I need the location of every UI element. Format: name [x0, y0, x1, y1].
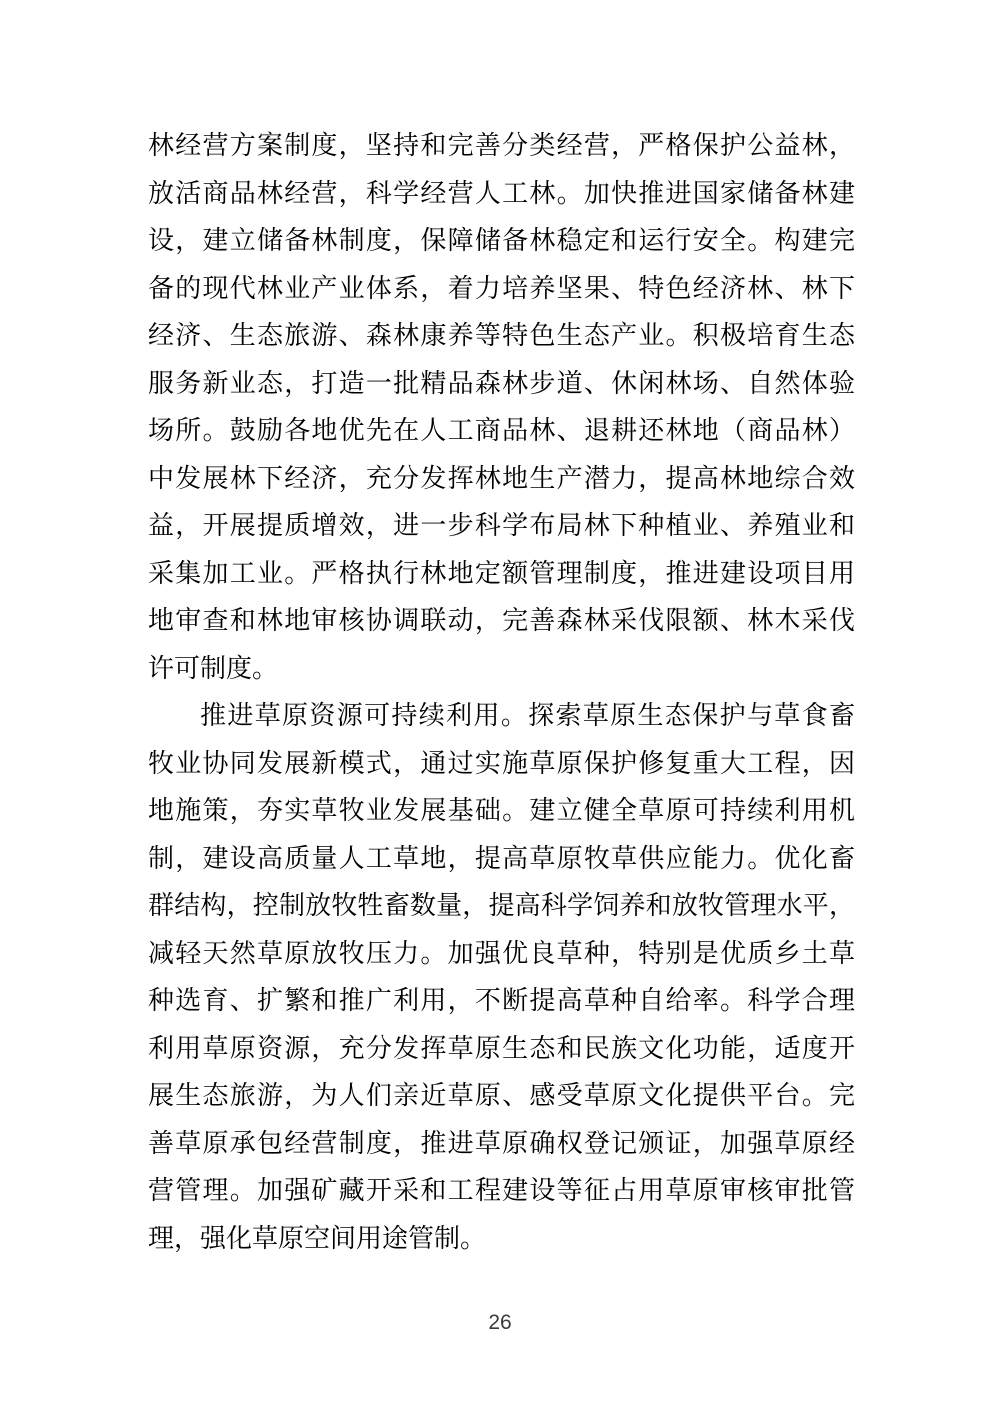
text-line: 制，建设高质量人工草地，提高草原牧草供应能力。优化畜: [148, 835, 855, 883]
text-line: 服务新业态，打造一批精品森林步道、休闲林场、自然体验: [148, 360, 855, 408]
text-line: 经济、生态旅游、森林康养等特色生态产业。积极培育生态: [148, 312, 855, 360]
text-line: 场所。鼓励各地优先在人工商品林、退耕还林地（商品林）: [148, 407, 855, 455]
text-line: 设，建立储备林制度，保障储备林稳定和运行安全。构建完: [148, 217, 855, 265]
text-line: 利用草原资源，充分发挥草原生态和民族文化功能，适度开: [148, 1025, 855, 1073]
text-line: 展生态旅游，为人们亲近草原、感受草原文化提供平台。完: [148, 1072, 855, 1120]
text-line: 林经营方案制度，坚持和完善分类经营，严格保护公益林，: [148, 122, 855, 170]
text-line: 益，开展提质增效，进一步科学布局林下种植业、养殖业和: [148, 502, 855, 550]
text-line: 放活商品林经营，科学经营人工林。加快推进国家储备林建: [148, 170, 855, 218]
text-line: 推进草原资源可持续利用。探索草原生态保护与草食畜: [148, 692, 855, 740]
page-number: 26: [0, 1310, 1000, 1335]
text-line: 理，强化草原空间用途管制。: [148, 1215, 855, 1263]
text-line: 种选育、扩繁和推广利用，不断提高草种自给率。科学合理: [148, 977, 855, 1025]
document-body: 林经营方案制度，坚持和完善分类经营，严格保护公益林，放活商品林经营，科学经营人工…: [148, 122, 855, 1262]
text-line: 地施策，夯实草牧业发展基础。建立健全草原可持续利用机: [148, 787, 855, 835]
text-line: 减轻天然草原放牧压力。加强优良草种，特别是优质乡土草: [148, 930, 855, 978]
text-line: 地审查和林地审核协调联动，完善森林采伐限额、林木采伐: [148, 597, 855, 645]
text-line: 群结构，控制放牧牲畜数量，提高科学饲养和放牧管理水平，: [148, 882, 855, 930]
document-page: 林经营方案制度，坚持和完善分类经营，严格保护公益林，放活商品林经营，科学经营人工…: [0, 0, 1000, 1413]
text-line: 采集加工业。严格执行林地定额管理制度，推进建设项目用: [148, 550, 855, 598]
text-line: 中发展林下经济，充分发挥林地生产潜力，提高林地综合效: [148, 455, 855, 503]
text-line: 牧业协同发展新模式，通过实施草原保护修复重大工程，因: [148, 740, 855, 788]
text-line: 备的现代林业产业体系，着力培养坚果、特色经济林、林下: [148, 265, 855, 313]
text-line: 许可制度。: [148, 645, 855, 693]
text-line: 善草原承包经营制度，推进草原确权登记颁证，加强草原经: [148, 1120, 855, 1168]
text-line: 营管理。加强矿藏开采和工程建设等征占用草原审核审批管: [148, 1167, 855, 1215]
